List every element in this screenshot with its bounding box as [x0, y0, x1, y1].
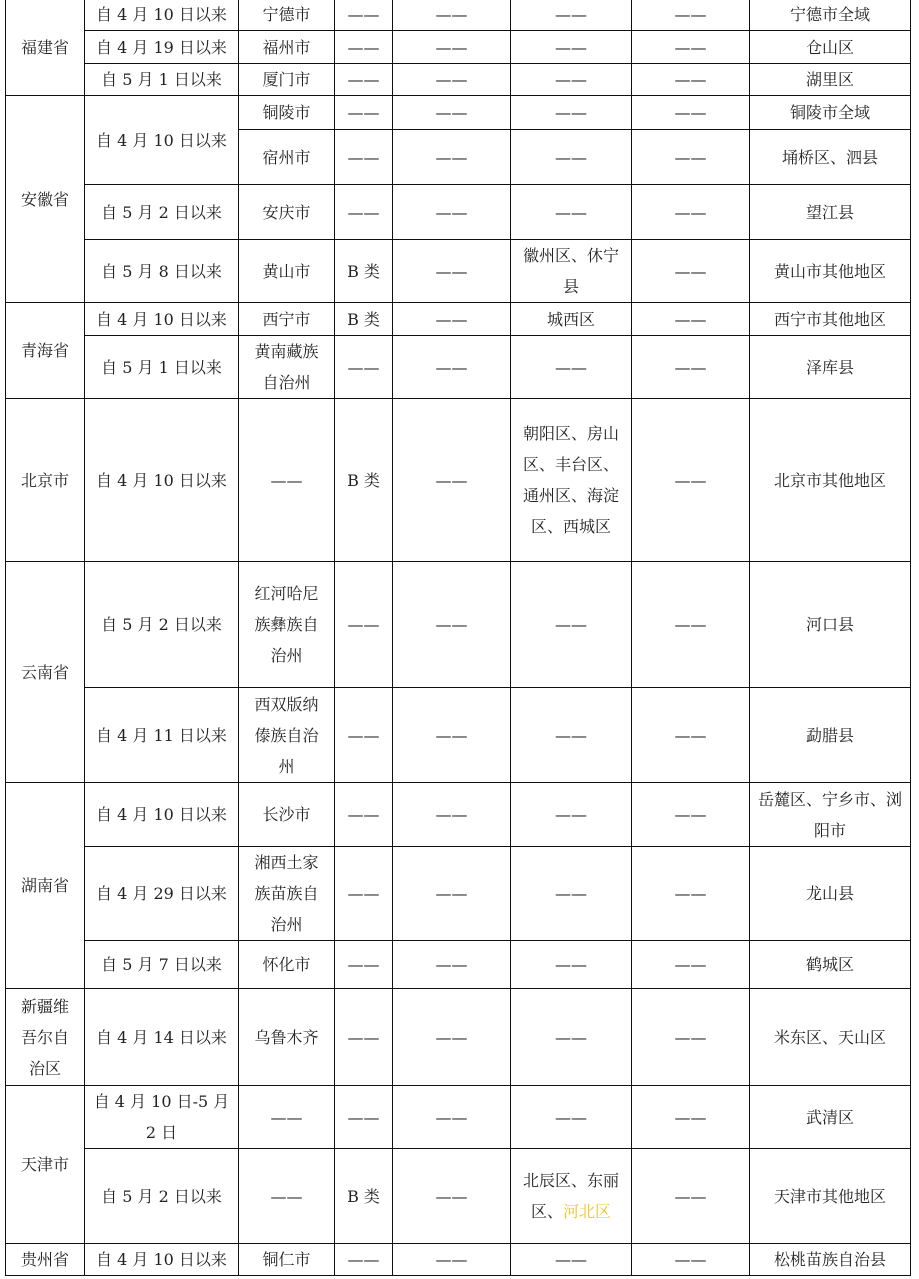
cell: B 类 — [335, 399, 393, 562]
cell: 城西区 — [511, 303, 632, 336]
cell: —— — [632, 303, 750, 336]
cell: —— — [335, 96, 393, 130]
date-cell: 自 5 月 2 日以来 — [85, 562, 239, 688]
cell: —— — [335, 1086, 393, 1149]
date-cell: 自 5 月 1 日以来 — [85, 64, 239, 96]
area-cell: 泽库县 — [750, 336, 911, 399]
area-cell: 望江县 — [750, 185, 911, 240]
city-cell: 黄山市 — [239, 240, 335, 303]
city-cell: 西宁市 — [239, 303, 335, 336]
city-cell: 乌鲁木齐 — [239, 989, 335, 1086]
cell: —— — [632, 1244, 750, 1276]
city-cell: 湘西土家族苗族自治州 — [239, 847, 335, 941]
city-cell: 黄南藏族自治州 — [239, 336, 335, 399]
area-cell: 湖里区 — [750, 64, 911, 96]
cell: —— — [335, 847, 393, 941]
cell: —— — [632, 0, 750, 31]
cell: —— — [632, 185, 750, 240]
cell: —— — [335, 31, 393, 64]
province-cell: 北京市 — [6, 399, 85, 562]
area-cell: 松桃苗族自治县 — [750, 1244, 911, 1276]
cell: —— — [511, 1086, 632, 1149]
area-cell: 埇桥区、泗县 — [750, 130, 911, 185]
area-cell: 河口县 — [750, 562, 911, 688]
date-cell: 自 4 月 10 日以来 — [85, 0, 239, 31]
cell: —— — [632, 399, 750, 562]
cell: —— — [393, 31, 511, 64]
cell: —— — [511, 1244, 632, 1276]
area-cell: 岳麓区、宁乡市、浏阳市 — [750, 783, 911, 847]
cell: —— — [393, 783, 511, 847]
table-row: 天津市 自 4 月 10 日-5 月 2 日 —— —— —— —— —— 武清… — [6, 1086, 911, 1149]
cell: —— — [632, 130, 750, 185]
cell: —— — [632, 336, 750, 399]
cell: —— — [393, 562, 511, 688]
date-cell: 自 4 月 10 日以来 — [85, 96, 239, 185]
city-cell: —— — [239, 1149, 335, 1244]
cell: —— — [393, 336, 511, 399]
cell: —— — [393, 0, 511, 31]
table-row: 自 5 月 7 日以来 怀化市 —— —— —— —— 鹤城区 — [6, 941, 911, 989]
table-row: 青海省 自 4 月 10 日以来 西宁市 B 类 —— 城西区 —— 西宁市其他… — [6, 303, 911, 336]
risk-area-table: 福建省 自 4 月 10 日以来 宁德市 —— —— —— —— 宁德市全域 自… — [5, 0, 911, 1276]
table-row: 贵州省 自 4 月 10 日以来 铜仁市 —— —— —— —— 松桃苗族自治县 — [6, 1244, 911, 1276]
city-cell: 安庆市 — [239, 185, 335, 240]
table-row: 新疆维吾尔自治区 自 4 月 14 日以来 乌鲁木齐 —— —— —— —— 米… — [6, 989, 911, 1086]
cell: —— — [393, 688, 511, 783]
province-cell: 云南省 — [6, 562, 85, 783]
city-cell: —— — [239, 399, 335, 562]
date-cell: 自 4 月 19 日以来 — [85, 31, 239, 64]
cell: —— — [335, 562, 393, 688]
province-cell: 安徽省 — [6, 96, 85, 303]
city-cell: 宿州市 — [239, 130, 335, 185]
table-row: 自 4 月 19 日以来 福州市 —— —— —— —— 仓山区 — [6, 31, 911, 64]
area-cell: 仓山区 — [750, 31, 911, 64]
cell: 徽州区、休宁县 — [511, 240, 632, 303]
province-cell: 贵州省 — [6, 1244, 85, 1276]
city-cell: 铜仁市 — [239, 1244, 335, 1276]
cell: —— — [632, 783, 750, 847]
province-cell: 新疆维吾尔自治区 — [6, 989, 85, 1086]
cell: —— — [393, 1244, 511, 1276]
cell: —— — [393, 64, 511, 96]
area-cell: 北京市其他地区 — [750, 399, 911, 562]
table-row: 自 5 月 1 日以来 厦门市 —— —— —— —— 湖里区 — [6, 64, 911, 96]
cell: —— — [511, 130, 632, 185]
province-cell: 青海省 — [6, 303, 85, 399]
city-cell: 红河哈尼族彝族自治州 — [239, 562, 335, 688]
cell: —— — [511, 783, 632, 847]
date-cell: 自 5 月 2 日以来 — [85, 185, 239, 240]
area-cell: 黄山市其他地区 — [750, 240, 911, 303]
area-cell: 西宁市其他地区 — [750, 303, 911, 336]
cell: —— — [632, 688, 750, 783]
table-row: 自 4 月 11 日以来 西双版纳傣族自治州 —— —— —— —— 勐腊县 — [6, 688, 911, 783]
area-cell: 勐腊县 — [750, 688, 911, 783]
table-row: 自 5 月 8 日以来 黄山市 B 类 —— 徽州区、休宁县 —— 黄山市其他地… — [6, 240, 911, 303]
cell: —— — [393, 941, 511, 989]
cell: —— — [511, 185, 632, 240]
area-cell: 龙山县 — [750, 847, 911, 941]
cell: —— — [335, 1244, 393, 1276]
cell: —— — [393, 185, 511, 240]
cell: —— — [335, 336, 393, 399]
date-cell: 自 4 月 10 日以来 — [85, 783, 239, 847]
cell: —— — [393, 1149, 511, 1244]
cell: —— — [632, 96, 750, 130]
date-cell: 自 5 月 7 日以来 — [85, 941, 239, 989]
cell: B 类 — [335, 240, 393, 303]
date-cell: 自 5 月 1 日以来 — [85, 336, 239, 399]
cell: —— — [632, 989, 750, 1086]
date-cell: 自 4 月 10 日以来 — [85, 1244, 239, 1276]
cell: —— — [393, 96, 511, 130]
cell: —— — [393, 130, 511, 185]
date-cell: 自 4 月 11 日以来 — [85, 688, 239, 783]
cell: —— — [511, 688, 632, 783]
cell: —— — [335, 989, 393, 1086]
cell: 朝阳区、房山区、丰台区、通州区、海淀区、西城区 — [511, 399, 632, 562]
cell: —— — [511, 562, 632, 688]
cell: —— — [632, 941, 750, 989]
highlighted-district-text: 河北区 — [563, 1202, 611, 1221]
date-cell: 自 4 月 14 日以来 — [85, 989, 239, 1086]
cell: —— — [393, 303, 511, 336]
area-cell: 鹤城区 — [750, 941, 911, 989]
cell: —— — [335, 64, 393, 96]
cell: —— — [335, 783, 393, 847]
table-row: 湖南省 自 4 月 10 日以来 长沙市 —— —— —— —— 岳麓区、宁乡市… — [6, 783, 911, 847]
city-cell: 宁德市 — [239, 0, 335, 31]
cell: —— — [632, 1086, 750, 1149]
city-cell: —— — [239, 1086, 335, 1149]
province-cell: 福建省 — [6, 0, 85, 96]
cell: —— — [511, 0, 632, 31]
cell: —— — [335, 941, 393, 989]
cell: —— — [511, 96, 632, 130]
city-cell: 怀化市 — [239, 941, 335, 989]
table-row: 自 4 月 29 日以来 湘西土家族苗族自治州 —— —— —— —— 龙山县 — [6, 847, 911, 941]
cell: B 类 — [335, 303, 393, 336]
cell: —— — [511, 336, 632, 399]
cell: —— — [632, 847, 750, 941]
area-cell: 铜陵市全域 — [750, 96, 911, 130]
cell: B 类 — [335, 1149, 393, 1244]
cell: —— — [335, 185, 393, 240]
area-cell: 武清区 — [750, 1086, 911, 1149]
cell: —— — [632, 562, 750, 688]
province-cell: 湖南省 — [6, 783, 85, 989]
city-cell: 铜陵市 — [239, 96, 335, 130]
cell: —— — [393, 847, 511, 941]
area-cell: 宁德市全域 — [750, 0, 911, 31]
table-row: 北京市 自 4 月 10 日以来 —— B 类 —— 朝阳区、房山区、丰台区、通… — [6, 399, 911, 562]
cell: —— — [511, 989, 632, 1086]
cell: —— — [511, 64, 632, 96]
city-cell: 厦门市 — [239, 64, 335, 96]
area-cell: 天津市其他地区 — [750, 1149, 911, 1244]
cell: —— — [632, 1149, 750, 1244]
cell: —— — [393, 240, 511, 303]
table-row: 自 5 月 2 日以来 —— B 类 —— 北辰区、东丽区、河北区 —— 天津市… — [6, 1149, 911, 1244]
province-cell: 天津市 — [6, 1086, 85, 1244]
cell: —— — [335, 688, 393, 783]
date-cell: 自 4 月 10 日-5 月 2 日 — [85, 1086, 239, 1149]
date-cell: 自 5 月 8 日以来 — [85, 240, 239, 303]
city-cell: 西双版纳傣族自治州 — [239, 688, 335, 783]
cell: —— — [393, 399, 511, 562]
cell: —— — [511, 941, 632, 989]
table-row: 云南省 自 5 月 2 日以来 红河哈尼族彝族自治州 —— —— —— —— 河… — [6, 562, 911, 688]
table-row: 自 5 月 2 日以来 安庆市 —— —— —— —— 望江县 — [6, 185, 911, 240]
cell: —— — [511, 847, 632, 941]
cell: —— — [393, 989, 511, 1086]
date-cell: 自 5 月 2 日以来 — [85, 1149, 239, 1244]
cell: —— — [335, 130, 393, 185]
table-row: 福建省 自 4 月 10 日以来 宁德市 —— —— —— —— 宁德市全域 — [6, 0, 911, 31]
cell: —— — [632, 240, 750, 303]
city-cell: 福州市 — [239, 31, 335, 64]
city-cell: 长沙市 — [239, 783, 335, 847]
cell: —— — [632, 31, 750, 64]
date-cell: 自 4 月 10 日以来 — [85, 303, 239, 336]
date-cell: 自 4 月 29 日以来 — [85, 847, 239, 941]
table-row: 自 5 月 1 日以来 黄南藏族自治州 —— —— —— —— 泽库县 — [6, 336, 911, 399]
cell: 北辰区、东丽区、河北区 — [511, 1149, 632, 1244]
area-cell: 米东区、天山区 — [750, 989, 911, 1086]
cell: —— — [632, 64, 750, 96]
table-row: 安徽省 自 4 月 10 日以来 铜陵市 —— —— —— —— 铜陵市全域 — [6, 96, 911, 130]
cell: —— — [393, 1086, 511, 1149]
cell: —— — [511, 31, 632, 64]
date-cell: 自 4 月 10 日以来 — [85, 399, 239, 562]
cell: —— — [335, 0, 393, 31]
